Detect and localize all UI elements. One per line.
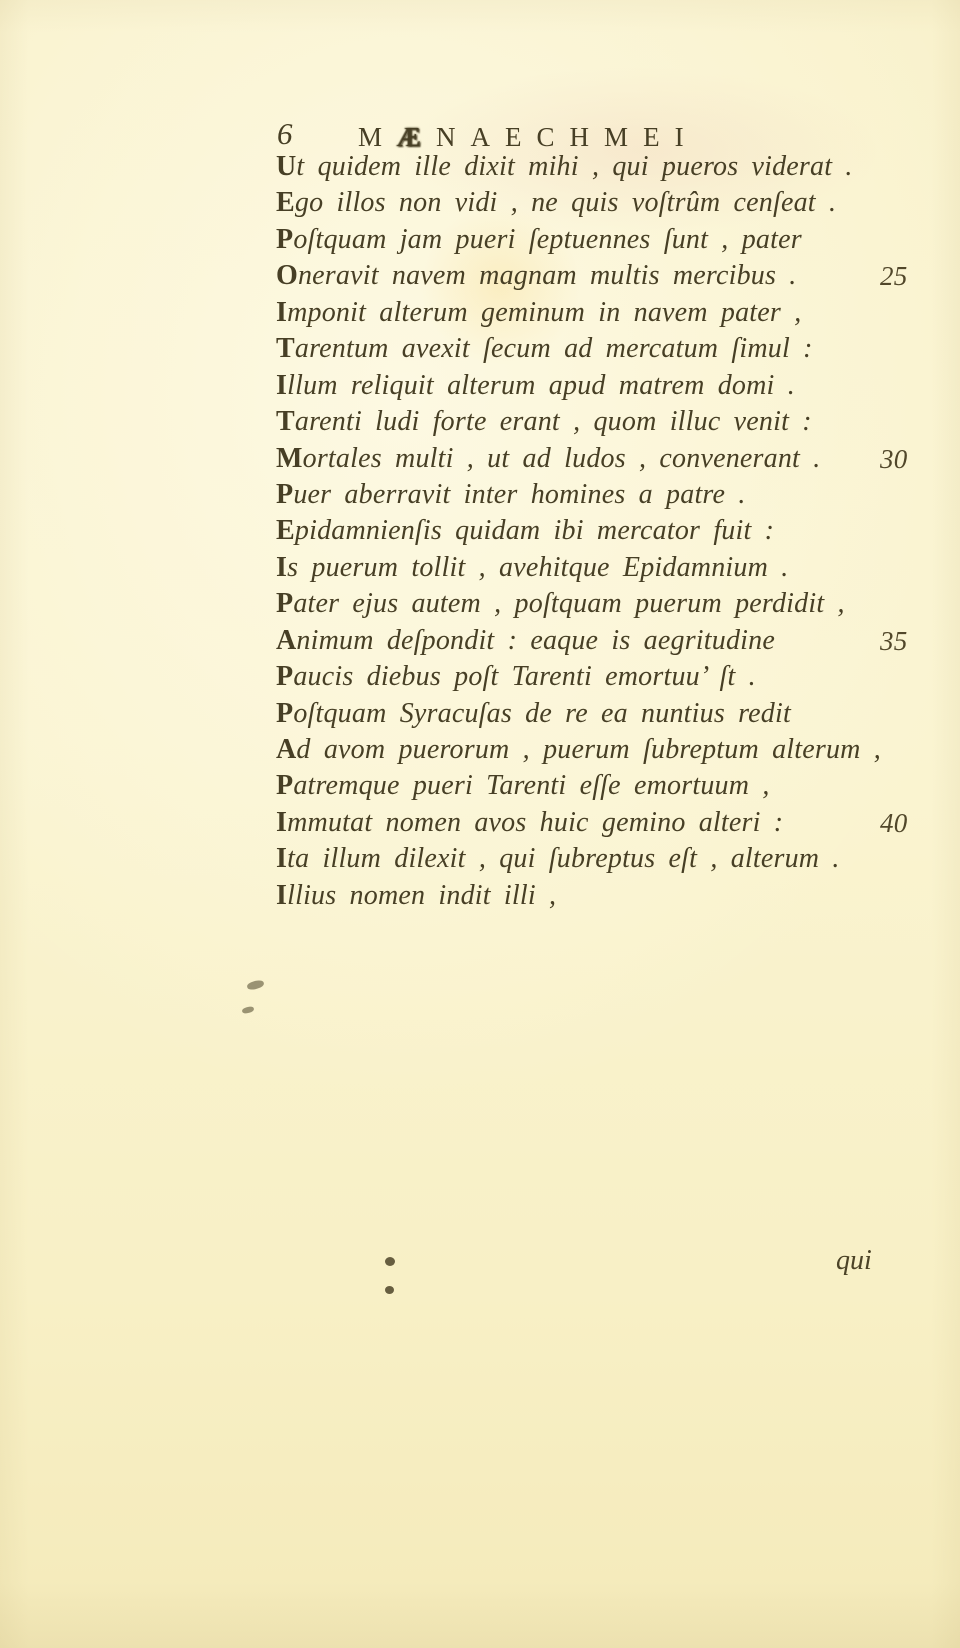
ink-speck — [246, 979, 264, 991]
header-title-letter: M — [604, 122, 628, 152]
verse-line-3: Poſtquam jam pueri ſeptuennes ſunt , pat… — [276, 222, 956, 258]
verse-line-6: Tarentum avexit ſecum ad mercatum ſimul … — [276, 331, 956, 367]
verse-line-5: Imponit alterum geminum in navem pater , — [276, 295, 956, 331]
catchword: qui — [836, 1245, 872, 1277]
header-title-letter: E — [505, 122, 522, 152]
verse-line-21: Illius nomen indit illi , — [276, 878, 956, 914]
verse-line-1: Ut quidem ille dixit mihi , qui pueros v… — [276, 149, 956, 185]
verse-line-16: Poſtquam Syracuſas de re ea nuntius redi… — [276, 696, 956, 732]
margin-line-number: 40 — [880, 805, 907, 841]
verse-line-8: Tarenti ludi forte erant , quom illuc ve… — [276, 404, 956, 440]
verse-line-10: Puer aberravit inter homines a patre . — [276, 477, 956, 513]
header-title-letter: M — [358, 122, 382, 152]
header-title-letter: H — [570, 122, 590, 152]
header-title-letter: A — [471, 122, 491, 152]
verse-line-19: Immutat nomen avos huic gemino alteri :4… — [276, 805, 956, 841]
verse-line-7: Illum reliquit alterum apud matrem domi … — [276, 368, 956, 404]
ink-speck — [385, 1286, 394, 1294]
verse-line-9: Mortales multi , ut ad ludos , convenera… — [276, 441, 956, 477]
verse-line-13: Pater ejus autem , poſtquam puerum perdi… — [276, 586, 956, 622]
ink-speck — [385, 1257, 395, 1266]
margin-line-number: 30 — [880, 441, 907, 477]
header-title-letter: E — [643, 122, 660, 152]
verse-line-17: Ad avom puerorum , puerum ſubreptum alte… — [276, 732, 956, 768]
verse-line-18: Patremque pueri Tarenti eſſe emortuum , — [276, 768, 956, 804]
verse-block: Ut quidem ille dixit mihi , qui pueros v… — [276, 149, 956, 914]
book-page-scan: 6 MÆNAECHMEI Ut quidem ille dixit mihi ,… — [0, 0, 960, 1648]
verse-line-2: Ego illos non vidi , ne quis voſtrûm cen… — [276, 185, 956, 221]
ink-speck — [241, 1006, 254, 1015]
header-title-letter: Æ — [397, 122, 421, 152]
header-title-letter: I — [675, 122, 684, 152]
header-title-letter: C — [537, 122, 555, 152]
verse-line-15: Paucis diebus poſt Tarenti emortuu’ ſt . — [276, 659, 956, 695]
verse-line-4: Oneravit navem magnam multis mercibus .2… — [276, 258, 956, 294]
verse-line-11: Epidamnienſis quidam ibi mercator fuit : — [276, 513, 956, 549]
verse-line-12: Is puerum tollit , avehitque Epidamnium … — [276, 550, 956, 586]
margin-line-number: 25 — [880, 258, 907, 294]
verse-line-14: Animum deſpondit : eaque is aegritudine3… — [276, 623, 956, 659]
verse-line-20: Ita illum dilexit , qui ſubreptus eſt , … — [276, 841, 956, 877]
margin-line-number: 35 — [880, 623, 907, 659]
header-title-letter: N — [436, 122, 456, 152]
page-number: 6 — [277, 116, 294, 152]
